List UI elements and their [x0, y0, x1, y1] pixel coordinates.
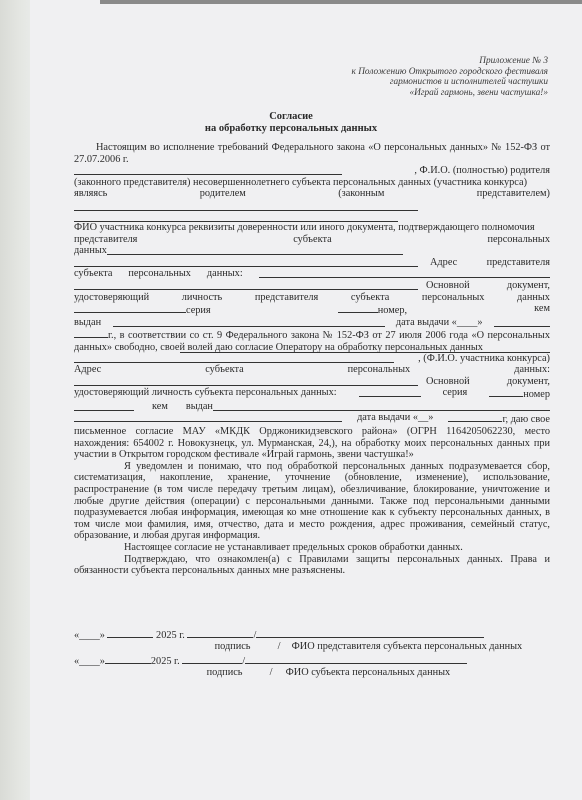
word: данных	[74, 245, 107, 257]
parent-fio-field[interactable]	[74, 165, 342, 175]
number-label: номер,	[378, 305, 407, 316]
rep-doc-issuer-field[interactable]	[113, 317, 385, 327]
issued-by-label-2: кем	[152, 401, 168, 413]
annex-reference: к Положению Открытого городского фестива…	[248, 67, 548, 78]
annex-header: Приложение № 3 к Положению Открытого гор…	[248, 56, 548, 98]
subject-issued-row: кем выдан	[74, 401, 550, 413]
annex-reference-2: гармонистов и исполнителей частушки	[248, 77, 548, 88]
subject-address-row: Адрес субъекта персональных данных:	[74, 364, 550, 376]
signature-month-field[interactable]	[107, 628, 153, 638]
word: персональных	[487, 234, 550, 246]
issue-date-label-2[interactable]: дата выдачи «__»	[357, 412, 433, 426]
participant-fio-field-3[interactable]	[74, 353, 394, 363]
series-label: серия	[186, 305, 211, 316]
participant-fio-row: , (Ф.И.О. участника конкурса)	[74, 353, 550, 365]
signature-row-subject: «____»2025 г. /	[74, 654, 554, 668]
word: родителем	[200, 188, 246, 200]
rep-address-field[interactable]	[259, 268, 550, 278]
participant-fio-field[interactable]	[74, 200, 418, 211]
main-doc-row: Основной документ,	[74, 280, 550, 292]
rep-words-row: представителя субъекта персональных	[74, 234, 550, 246]
word: (законным	[338, 188, 384, 200]
document-title: Согласие	[0, 111, 582, 123]
word: удостоверяющий	[74, 292, 149, 304]
word: Адрес	[74, 364, 101, 376]
signature-day-field[interactable]: «____»	[74, 656, 105, 667]
signature-year: 2025 г.	[156, 630, 185, 641]
confirm-paragraph: Подтверждаю, что ознакомлен(а) с Правила…	[74, 554, 550, 577]
signature-month-field[interactable]	[105, 654, 151, 664]
subject-address-field[interactable]	[74, 376, 418, 386]
subject-doc-field[interactable]	[359, 387, 421, 397]
slash: /	[270, 667, 273, 678]
subject-fio-field[interactable]	[245, 654, 467, 664]
word: являясь	[74, 188, 107, 200]
signature-caption-representative: подпись / ФИО представителя субъекта пер…	[74, 641, 554, 653]
subject-main-doc-row: Основной документ,	[74, 376, 550, 388]
identity-row: удостоверяющий личность представителя су…	[74, 292, 550, 304]
subject-identity-label: удостоверяющий личность субъекта персона…	[74, 387, 337, 401]
rep-docs-field-2[interactable]	[74, 257, 418, 267]
rep-doc-series-field[interactable]	[74, 303, 186, 313]
no-limit-paragraph: Настоящее согласие не устанавливает пред…	[74, 542, 550, 554]
word: Основной	[426, 376, 470, 388]
series-row: серия номер, кем	[74, 303, 550, 317]
rep-docs-row: ФИО участника конкурса реквизиты доверен…	[74, 222, 550, 234]
annex-number: Приложение № 3	[248, 56, 548, 67]
signature-caption: подпись	[207, 667, 243, 678]
signature-caption-subject: подпись / ФИО субъекта персональных данн…	[74, 667, 554, 679]
subject-doc-series-field[interactable]	[489, 387, 523, 397]
word: субъекта	[293, 234, 331, 246]
subject-doc-issuer-field-2[interactable]	[74, 412, 342, 422]
rep-doc-issue-month-field[interactable]	[494, 317, 550, 327]
rep-docs-text: ФИО участника конкурса реквизиты доверен…	[74, 222, 535, 234]
word: документ,	[507, 280, 550, 292]
parent-fio-row: , Ф.И.О. (полностью) родителя	[74, 165, 550, 177]
word: личность	[182, 292, 223, 304]
representative-fio-caption: ФИО представителя субъекта персональных …	[292, 641, 523, 652]
issued-row: выдан дата выдачи «____»	[74, 317, 550, 329]
parent-line-2: (законного представителя) несовершенноле…	[74, 177, 550, 189]
word: субъекта	[205, 364, 243, 376]
word: персональных	[128, 268, 191, 280]
subject-doc-issue-month-field[interactable]	[448, 412, 502, 422]
word: данных:	[207, 268, 243, 280]
subject-doc-number-field[interactable]	[74, 401, 134, 411]
word: Адрес	[430, 257, 457, 269]
signature-row-representative: «____» 2025 г. /	[74, 628, 554, 642]
word: представителя	[487, 257, 550, 269]
rep-address-row: Адрес представителя	[74, 257, 550, 269]
document-subtitle: на обработку персональных данных	[0, 123, 582, 135]
notice-paragraph: Я уведомлен и понимаю, что под обработко…	[74, 461, 550, 542]
subject-date-row: дата выдачи «__» г, даю свое	[74, 412, 550, 426]
being-row: являясь родителем (законным представител…	[74, 188, 550, 200]
rep-address-field-2[interactable]	[74, 280, 418, 290]
signature-field[interactable]	[187, 628, 253, 638]
annex-festival-name: «Играй гармонь, звени частушка!»	[248, 88, 548, 99]
word: документ,	[507, 376, 550, 388]
consent-fio-field[interactable]	[180, 343, 550, 353]
word: субъекта	[74, 268, 112, 280]
subject-fio-caption: ФИО субъекта персональных данных	[286, 667, 451, 678]
data-row: данных	[74, 245, 550, 257]
word: представителя	[74, 234, 137, 246]
issue-date-label[interactable]: дата выдачи «____»	[396, 317, 483, 329]
word: данных:	[514, 364, 550, 376]
scan-top-bar	[100, 0, 582, 4]
representative-fio-field[interactable]	[256, 628, 484, 638]
issued-label: выдан	[74, 317, 101, 329]
rep-doc-issue-year-field[interactable]	[74, 328, 108, 338]
signature-day-field[interactable]: «____»	[74, 630, 105, 641]
word: Основной	[426, 280, 470, 292]
slash: /	[278, 641, 281, 652]
subject-doc-issuer-field[interactable]	[213, 401, 550, 411]
word: субъекта	[351, 292, 389, 304]
parent-status-text: (законного представителя) несовершенноле…	[74, 177, 527, 189]
word: представителя	[255, 292, 318, 304]
subject-identity-row: удостоверяющий личность субъекта персона…	[74, 387, 550, 401]
parent-fio-label: , Ф.И.О. (полностью) родителя	[414, 165, 550, 177]
word: представителем)	[477, 188, 550, 200]
signature-caption: подпись	[215, 641, 251, 652]
issued-label-2: выдан	[186, 401, 213, 413]
participant-fio-label: , (Ф.И.О. участника конкурса)	[418, 353, 550, 365]
participant-fio-field-2[interactable]	[74, 211, 398, 222]
consent-paragraph: письменное согласие МАУ «МКДК Орджоникид…	[74, 426, 550, 461]
series-label-2: серия	[443, 387, 468, 401]
consent-tail-text: г, даю свое	[502, 414, 550, 425]
word: персональных	[422, 292, 485, 304]
number-label-2: номер	[523, 389, 550, 400]
intro-paragraph: Настоящим во исполнение требований Федер…	[74, 142, 550, 165]
rep-docs-field[interactable]	[107, 245, 403, 255]
issued-by-label: кем	[534, 303, 550, 317]
consent-body: Настоящим во исполнение требований Федер…	[74, 142, 550, 577]
rep-doc-number-field[interactable]	[338, 303, 378, 313]
subject-data-row: субъекта персональных данных:	[74, 268, 550, 280]
signature-year: 2025 г.	[151, 656, 180, 667]
word: данных	[517, 292, 550, 304]
signature-field[interactable]	[182, 654, 242, 664]
word: персональных	[348, 364, 411, 376]
